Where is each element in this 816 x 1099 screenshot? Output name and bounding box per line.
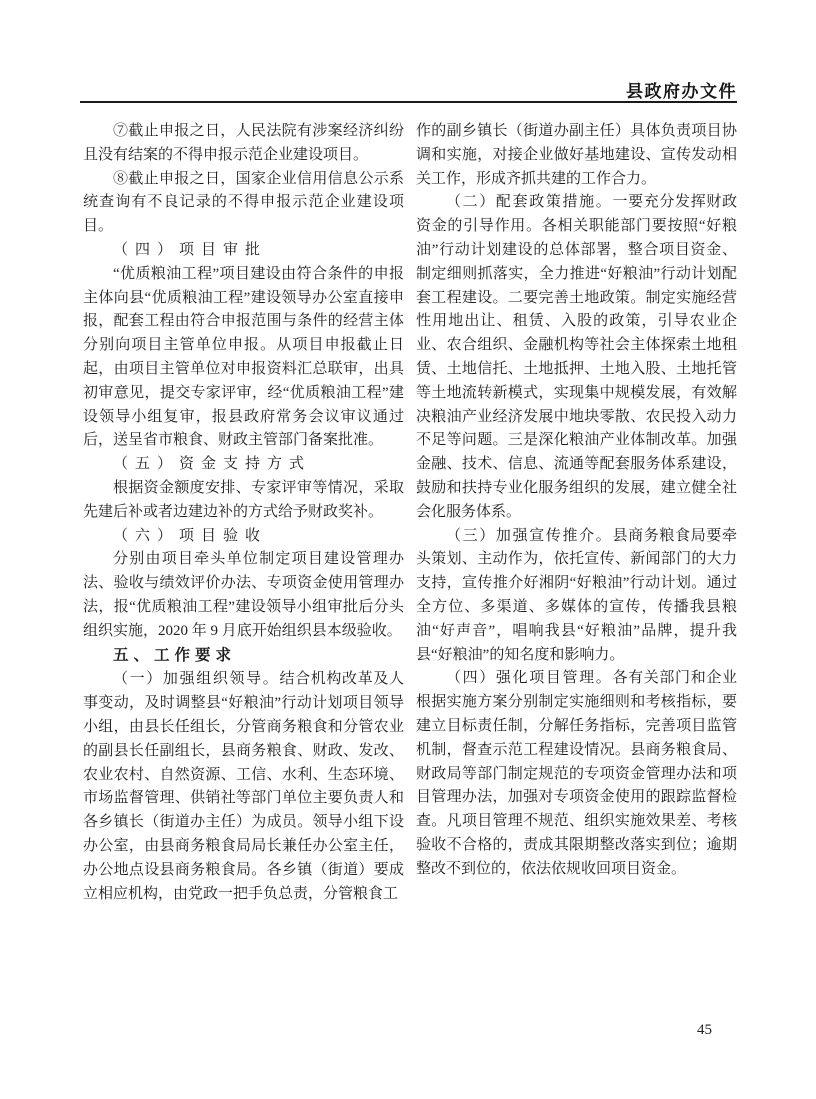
paragraph: 分别由项目牵头单位制定项目建设管理办法、验收与绩效评价办法、专项资金使用管理办法… xyxy=(83,548,404,643)
paragraph: （三）加强宣传推介。县商务粮食局要牵头策划、主动作为，依托宣传、新闻部门的大力支… xyxy=(416,525,737,668)
text-run-kai: （四）项目审批 xyxy=(113,242,267,258)
text-run-normal: ⑧截止申报之日，国家企业信用信息公示系统查询有不良记录的不得申报示范企业建设项目… xyxy=(83,171,404,235)
page-header-title: 县政府办文件 xyxy=(626,77,737,102)
text-run-normal: 县商务粮食局要牵头策划、主动作为，依托宣传、新闻部门的大力支持，宣传推介好湘阴“… xyxy=(416,528,737,663)
paragraph: ⑧截止申报之日，国家企业信用信息公示系统查询有不良记录的不得申报示范企业建设项目… xyxy=(83,168,404,239)
paragraph: “优质粮油工程”项目建设由符合条件的申报主体向县“优质粮油工程”建设领导办公室直… xyxy=(83,263,404,453)
text-run-kai: （三）加强宣传推介。 xyxy=(446,528,612,544)
paragraph: （一）加强组织领导。结合机构改革及人事变动，及时调整县“好粮油”行动计划项目领导… xyxy=(83,668,404,906)
text-run-normal: “优质粮油工程”项目建设由符合条件的申报主体向县“优质粮油工程”建设领导办公室直… xyxy=(83,266,404,449)
text-run-normal: 结合机构改革及人事变动，及时调整县“好粮油”行动计划项目领导小组，由县长任组长，… xyxy=(83,671,404,901)
paragraph: 作的副乡镇长（街道办副主任）具体负责项目协调和实施，对接企业做好基地建设、宣传发… xyxy=(416,120,737,191)
paragraph: （二）配套政策措施。一要充分发挥财政资金的引导作用。各相关职能部门要按照“好粮油… xyxy=(416,191,737,524)
text-run-normal: 作的副乡镇长（街道办副主任）具体负责项目协调和实施，对接企业做好基地建设、宣传发… xyxy=(416,123,737,187)
header-rule xyxy=(80,101,737,103)
text-run-normal: 分别由项目牵头单位制定项目建设管理办法、验收与绩效评价办法、专项资金使用管理办法… xyxy=(83,551,404,638)
text-run-bold: 五、工作要求 xyxy=(113,647,236,664)
text-run-kai: （一）加强组织领导。 xyxy=(113,671,279,687)
text-run-normal: 根据资金额度安排、专家评审等情况，采取先建后补或者边建边补的方式给予财政奖补。 xyxy=(83,480,404,520)
text-run-normal: 一要充分发挥财政资金的引导作用。各相关职能部门要按照“好粮油”行动计划建设的总体… xyxy=(416,194,737,519)
paragraph: ⑦截止申报之日，人民法院有涉案经济纠纷且没有结案的不得申报示范企业建设项目。 xyxy=(83,120,404,168)
paragraph: 五、工作要求 xyxy=(83,644,404,669)
text-run-kai: （二）配套政策措施。 xyxy=(446,194,612,210)
text-run-kai: （五）资金支持方式 xyxy=(113,456,311,472)
text-run-kai: （六）项目验收 xyxy=(113,528,267,544)
paragraph: （六）项目验收 xyxy=(83,525,404,549)
paragraph: （四）项目审批 xyxy=(83,239,404,263)
paragraph: （五）资金支持方式 xyxy=(83,453,404,477)
paragraph: 根据资金额度安排、专家评审等情况，采取先建后补或者边建边补的方式给予财政奖补。 xyxy=(83,477,404,525)
left-column: ⑦截止申报之日，人民法院有涉案经济纠纷且没有结案的不得申报示范企业建设项目。⑧截… xyxy=(83,120,404,906)
right-column: 作的副乡镇长（街道办副主任）具体负责项目协调和实施，对接企业做好基地建设、宣传发… xyxy=(416,120,737,882)
text-run-kai: （四）强化项目管理。 xyxy=(446,670,612,686)
paragraph: （四）强化项目管理。各有关部门和企业根据实施方案分别制定实施细则和考核指标，要建… xyxy=(416,667,737,881)
text-run-normal: ⑦截止申报之日，人民法院有涉案经济纠纷且没有结案的不得申报示范企业建设项目。 xyxy=(83,123,404,163)
text-run-normal: 各有关部门和企业根据实施方案分别制定实施细则和考核指标，要建立目标责任制，分解任… xyxy=(416,670,737,876)
page-number: 45 xyxy=(697,1022,712,1039)
document-page: 县政府办文件 ⑦截止申报之日，人民法院有涉案经济纠纷且没有结案的不得申报示范企业… xyxy=(0,0,816,1099)
